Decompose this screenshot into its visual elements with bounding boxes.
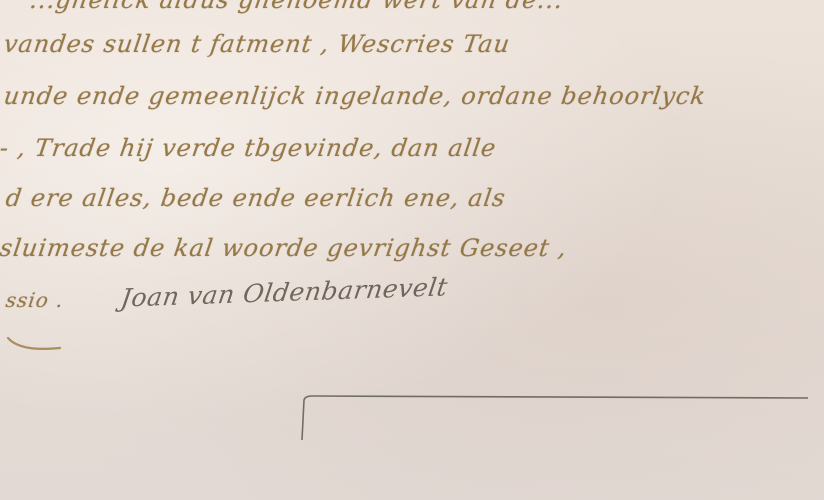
manuscript-page: ...ghelick aldus ghenoemd wert van de...… <box>0 0 824 500</box>
manuscript-line-6: sluimeste de kal woorde gevrighst Geseet… <box>0 234 569 262</box>
ruled-box-edge <box>296 392 812 444</box>
manuscript-line-4: - , Trade hij verde tbgevinde, dan alle <box>0 134 498 162</box>
manuscript-line-1: ...ghelick aldus ghenoemd wert van de... <box>28 0 565 14</box>
manuscript-line-2: vandes sullen t fatment , Wescries Tau <box>2 30 512 58</box>
manuscript-line-3: unde ende gemeenlijck ingelande, ordane … <box>2 82 708 110</box>
manuscript-line-5: d ere alles, bede ende eerlich ene, als <box>4 184 508 212</box>
ink-flourish <box>0 300 100 360</box>
signature: Joan van Oldenbarnevelt <box>119 272 450 312</box>
